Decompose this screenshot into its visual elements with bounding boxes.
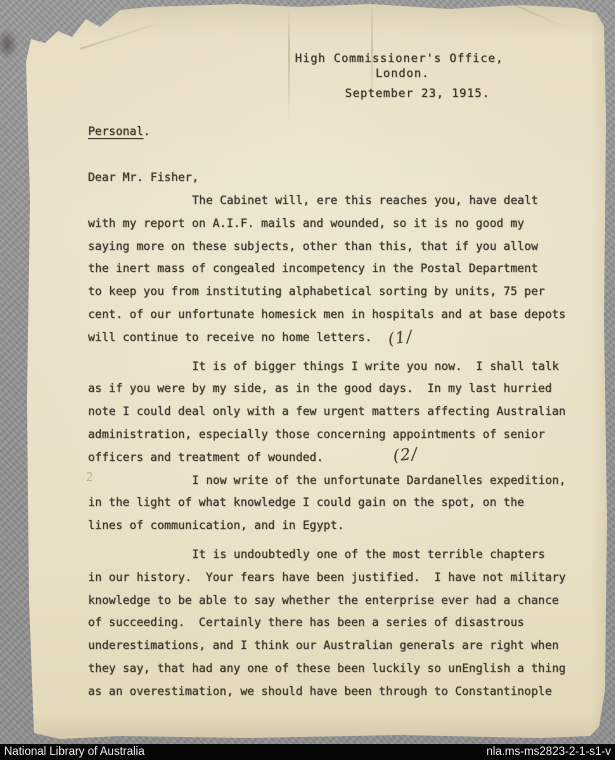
letter-line: knowledge to be able to say whether the …	[88, 589, 568, 612]
paragraph: The Cabinet will, ere this reaches you, …	[88, 189, 568, 349]
salutation: Dear Mr. Fisher,	[88, 170, 199, 184]
letter-line: they say, that had any one of these been…	[88, 657, 568, 680]
personal-label-period: .	[143, 124, 150, 138]
letter-line: It is undoubtedly one of the most terrib…	[88, 543, 568, 566]
letter-date: September 23, 1915.	[345, 86, 490, 100]
letter-line: the inert mass of congealed incompetency…	[88, 257, 568, 280]
handwritten-annotation-1: (1/	[387, 326, 414, 348]
personal-label-text: Personal	[88, 124, 143, 138]
letter-body: The Cabinet will, ere this reaches you, …	[88, 189, 568, 703]
letter-line: in our history. Your fears have been jus…	[88, 566, 568, 589]
letter-line: underestimations, and I think our Austra…	[88, 634, 568, 657]
faint-typed-mark: 2	[86, 470, 93, 484]
letter-line: note I could deal only with a few urgent…	[88, 400, 568, 423]
letter-line: will continue to receive no home letters…	[88, 326, 568, 349]
paper-crease	[514, 4, 570, 30]
corner-shadow	[0, 28, 18, 60]
letterhead-city: London.	[295, 66, 510, 80]
letter-line: lines of communication, and in Egypt.	[88, 514, 568, 537]
letter-line: with my report on A.I.F. mails and wound…	[88, 212, 568, 235]
letter-line: of succeeding. Certainly there has been …	[88, 611, 568, 634]
letter-line: It is of bigger things I write you now. …	[88, 355, 568, 378]
paragraph: It is undoubtedly one of the most terrib…	[88, 543, 568, 703]
letter-paper: High Commissioner's Office, London. Sept…	[0, 0, 615, 744]
paper-crease	[288, 6, 290, 124]
letter-line: to keep you from instituting alphabetica…	[88, 280, 568, 303]
personal-label: Personal.	[88, 124, 150, 138]
catalogue-bar: National Library of Australia nla.ms-ms2…	[0, 744, 615, 760]
letter-line: saying more on these subjects, other tha…	[88, 235, 568, 258]
letter-line: The Cabinet will, ere this reaches you, …	[88, 189, 568, 212]
letter-line: cent. of our unfortunate homesick men in…	[88, 303, 568, 326]
letter-line: I now write of the unfortunate Dardanell…	[88, 469, 568, 492]
letter-line: in the light of what knowledge I could g…	[88, 491, 568, 514]
letterhead-office: High Commissioner's Office,	[295, 51, 504, 65]
paper-crease	[80, 20, 166, 50]
letter-line: as an overestimation, we should have bee…	[88, 680, 568, 703]
handwritten-annotation-2: (2/	[392, 444, 419, 465]
letter-line: as if you were by my side, as in the goo…	[88, 377, 568, 400]
letter-line: administration, especially those concern…	[88, 423, 568, 446]
catalogue-id: nla.ms-ms2823-2-1-s1-v	[486, 744, 611, 760]
letter-line: officers and treatment of wounded.	[88, 446, 568, 469]
paragraph: It is of bigger things I write you now. …	[88, 355, 568, 469]
library-name: National Library of Australia	[4, 744, 145, 760]
paragraph: I now write of the unfortunate Dardanell…	[88, 469, 568, 537]
